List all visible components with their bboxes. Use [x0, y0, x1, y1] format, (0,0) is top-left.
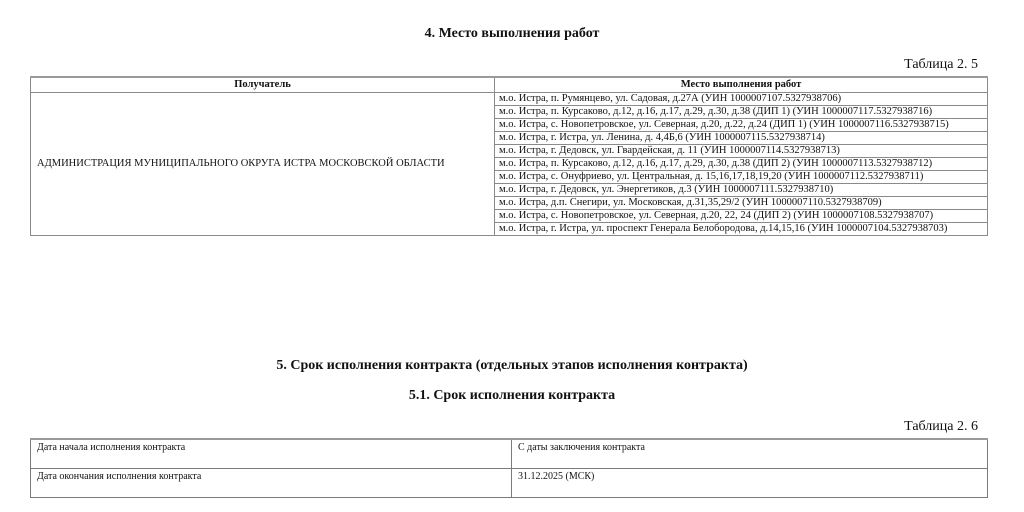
work-place-cell: м.о. Истра, г. Истра, ул. Ленина, д. 4,4…: [495, 132, 988, 145]
column-header-recipient: Получатель: [31, 77, 495, 93]
table-2-6-caption: Таблица 2. 6: [904, 419, 978, 435]
work-place-cell: м.о. Истра, с. Онуфриево, ул. Центральна…: [495, 171, 988, 184]
recipient-cell: АДМИНИСТРАЦИЯ МУНИЦИПАЛЬНОГО ОКРУГА ИСТР…: [31, 93, 495, 236]
table-row: АДМИНИСТРАЦИЯ МУНИЦИПАЛЬНОГО ОКРУГА ИСТР…: [31, 93, 988, 106]
work-place-cell: м.о. Истра, г. Дедовск, ул. Энергетиков,…: [495, 184, 988, 197]
work-place-cell: м.о. Истра, с. Новопетровское, ул. Север…: [495, 210, 988, 223]
work-place-cell: м.о. Истра, п. Курсаково, д.12, д.16, д.…: [495, 106, 988, 119]
contract-term-table: Дата начала исполнения контрактаС даты з…: [30, 438, 988, 498]
work-location-table: Получатель Место выполнения работ АДМИНИ…: [30, 76, 988, 236]
work-place-cell: м.о. Истра, д.п. Снегири, ул. Московская…: [495, 197, 988, 210]
term-label-cell: Дата окончания исполнения контракта: [31, 469, 512, 498]
work-place-cell: м.о. Истра, п. Курсаково, д.12, д.16, д.…: [495, 158, 988, 171]
table-row: Дата окончания исполнения контракта31.12…: [31, 469, 988, 498]
work-place-cell: м.о. Истра, г. Истра, ул. проспект Генер…: [495, 223, 988, 236]
work-place-cell: м.о. Истра, с. Новопетровское, ул. Север…: [495, 119, 988, 132]
work-place-cell: м.о. Истра, г. Дедовск, ул. Гвардейская,…: [495, 145, 988, 158]
column-header-work-place: Место выполнения работ: [495, 77, 988, 93]
term-label-cell: Дата начала исполнения контракта: [31, 439, 512, 469]
section-5-heading: 5. Срок исполнения контракта (отдельных …: [0, 358, 1024, 374]
table-2-5-caption: Таблица 2. 5: [904, 57, 978, 73]
term-value-cell: С даты заключения контракта: [512, 439, 988, 469]
table-row: Дата начала исполнения контрактаС даты з…: [31, 439, 988, 469]
term-value-cell: 31.12.2025 (МСК): [512, 469, 988, 498]
section-4-heading: 4. Место выполнения работ: [0, 26, 1024, 42]
section-5-1-heading: 5.1. Срок исполнения контракта: [0, 388, 1024, 404]
work-place-cell: м.о. Истра, п. Румянцево, ул. Садовая, д…: [495, 93, 988, 106]
